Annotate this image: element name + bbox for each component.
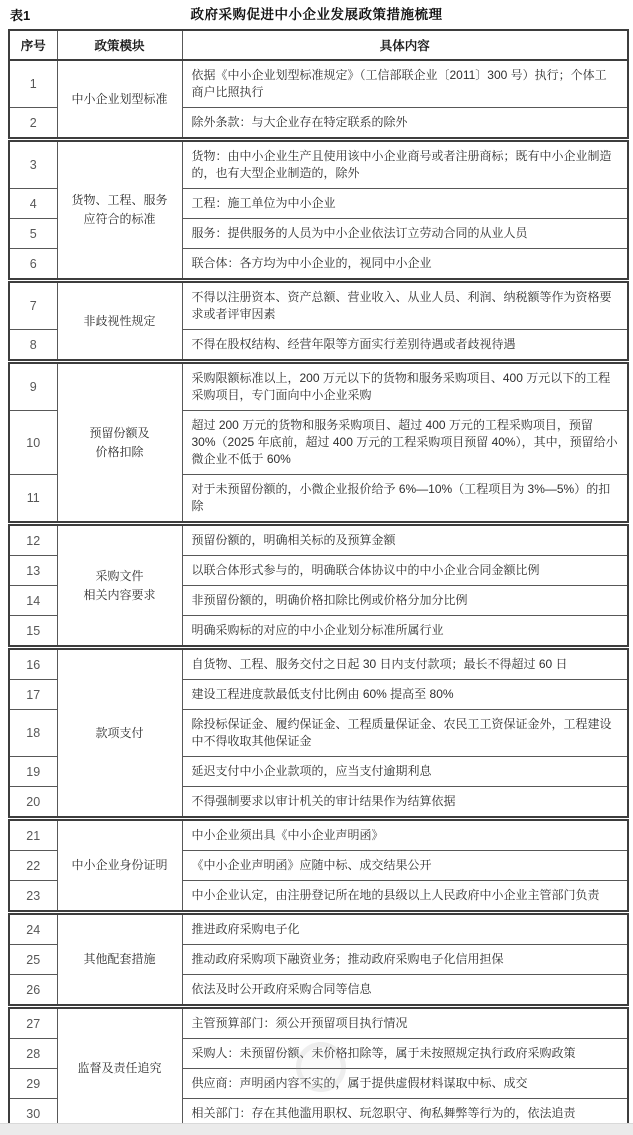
row-number-cell: 12 xyxy=(9,524,57,556)
row-number-cell: 16 xyxy=(9,648,57,680)
content-cell: 不得以注册资本、资产总额、营业收入、从业人员、利润、纳税额等作为资格要求或者评审… xyxy=(182,281,628,330)
policy-table: 序号政策模块具体内容 1中小企业划型标准依据《中小企业划型标准规定》（工信部联企… xyxy=(8,29,629,1130)
row-number-cell: 7 xyxy=(9,281,57,330)
content-cell: 采购人：未预留份额、未价格扣除等，属于未按照规定执行政府采购政策 xyxy=(182,1039,628,1069)
row-number-cell: 23 xyxy=(9,881,57,913)
policy-module-cell: 中小企业划型标准 xyxy=(57,60,182,140)
content-cell: 不得在股权结构、经营年限等方面实行差别待遇或者歧视待遇 xyxy=(182,330,628,362)
table-row: 9预留份额及 价格扣除采购限额标准以上，200 万元以下的货物和服务采购项目、4… xyxy=(9,362,628,411)
table-row: 3货物、工程、服务 应符合的标准货物：由中小企业生产且使用该中小企业商号或者注册… xyxy=(9,140,628,189)
content-cell: 联合体：各方均为中小企业的，视同中小企业 xyxy=(182,249,628,281)
page-footer-bar xyxy=(0,1123,633,1135)
row-number-cell: 19 xyxy=(9,757,57,787)
content-cell: 推动政府采购项下融资业务；推动政府采购电子化信用担保 xyxy=(182,945,628,975)
content-cell: 依法及时公开政府采购合同等信息 xyxy=(182,975,628,1007)
table-row: 27监督及责任追究主管预算部门：须公开预留项目执行情况 xyxy=(9,1007,628,1039)
row-number-cell: 13 xyxy=(9,556,57,586)
table-header: 序号政策模块具体内容 xyxy=(9,30,628,60)
row-number-cell: 25 xyxy=(9,945,57,975)
table-row: 7非歧视性规定不得以注册资本、资产总额、营业收入、从业人员、利润、纳税额等作为资… xyxy=(9,281,628,330)
content-cell: 自货物、工程、服务交付之日起 30 日内支付款项；最长不得超过 60 日 xyxy=(182,648,628,680)
content-cell: 非预留份额的，明确价格扣除比例或价格分加分比例 xyxy=(182,586,628,616)
content-cell: 依据《中小企业划型标准规定》（工信部联企业〔2011〕300 号）执行；个体工商… xyxy=(182,60,628,108)
content-cell: 中小企业认定，由注册登记所在地的县级以上人民政府中小企业主管部门负责 xyxy=(182,881,628,913)
row-number-cell: 26 xyxy=(9,975,57,1007)
row-number-cell: 10 xyxy=(9,411,57,475)
table-number-label: 表1 xyxy=(10,5,30,24)
table-row: 16款项支付自货物、工程、服务交付之日起 30 日内支付款项；最长不得超过 60… xyxy=(9,648,628,680)
content-cell: 建设工程进度款最低支付比例由 60% 提高至 80% xyxy=(182,680,628,710)
row-number-cell: 28 xyxy=(9,1039,57,1069)
column-header-0: 序号 xyxy=(9,30,57,60)
row-number-cell: 18 xyxy=(9,710,57,757)
content-cell: 预留份额的，明确相关标的及预算金额 xyxy=(182,524,628,556)
content-cell: 服务：提供服务的人员为中小企业依法订立劳动合同的从业人员 xyxy=(182,219,628,249)
content-cell: 对于未预留份额的，小微企业报价给予 6%—10%（工程项目为 3%—5%）的扣除 xyxy=(182,475,628,524)
row-number-cell: 1 xyxy=(9,60,57,108)
content-cell: 《中小企业声明函》应随中标、成交结果公开 xyxy=(182,851,628,881)
content-cell: 供应商：声明函内容不实的，属于提供虚假材料谋取中标、成交 xyxy=(182,1069,628,1099)
content-cell: 中小企业须出具《中小企业声明函》 xyxy=(182,819,628,851)
policy-module-cell: 其他配套措施 xyxy=(57,913,182,1007)
row-number-cell: 27 xyxy=(9,1007,57,1039)
column-header-2: 具体内容 xyxy=(182,30,628,60)
row-number-cell: 17 xyxy=(9,680,57,710)
content-cell: 除投标保证金、履约保证金、工程质量保证金、农民工工资保证金外，工程建设中不得收取… xyxy=(182,710,628,757)
policy-module-cell: 款项支付 xyxy=(57,648,182,819)
row-number-cell: 8 xyxy=(9,330,57,362)
policy-module-cell: 货物、工程、服务 应符合的标准 xyxy=(57,140,182,281)
table-row: 21中小企业身份证明中小企业须出具《中小企业声明函》 xyxy=(9,819,628,851)
row-number-cell: 11 xyxy=(9,475,57,524)
row-number-cell: 9 xyxy=(9,362,57,411)
table-row: 24其他配套措施推进政府采购电子化 xyxy=(9,913,628,945)
row-number-cell: 14 xyxy=(9,586,57,616)
row-number-cell: 21 xyxy=(9,819,57,851)
content-cell: 除外条款：与大企业存在特定联系的除外 xyxy=(182,108,628,140)
table-row: 12采购文件 相关内容要求预留份额的，明确相关标的及预算金额 xyxy=(9,524,628,556)
row-number-cell: 4 xyxy=(9,189,57,219)
row-number-cell: 29 xyxy=(9,1069,57,1099)
table-row: 1中小企业划型标准依据《中小企业划型标准规定》（工信部联企业〔2011〕300 … xyxy=(9,60,628,108)
content-cell: 超过 200 万元的货物和服务采购项目、超过 400 万元的工程采购项目，预留 … xyxy=(182,411,628,475)
content-cell: 采购限额标准以上，200 万元以下的货物和服务采购项目、400 万元以下的工程采… xyxy=(182,362,628,411)
title-bar: 表1 政府采购促进中小企业发展政策措施梳理 xyxy=(0,0,633,29)
table-header-row: 序号政策模块具体内容 xyxy=(9,30,628,60)
content-cell: 工程：施工单位为中小企业 xyxy=(182,189,628,219)
content-cell: 主管预算部门：须公开预留项目执行情况 xyxy=(182,1007,628,1039)
column-header-1: 政策模块 xyxy=(57,30,182,60)
row-number-cell: 3 xyxy=(9,140,57,189)
row-number-cell: 20 xyxy=(9,787,57,819)
row-number-cell: 15 xyxy=(9,616,57,648)
content-cell: 明确采购标的对应的中小企业划分标准所属行业 xyxy=(182,616,628,648)
content-cell: 推进政府采购电子化 xyxy=(182,913,628,945)
policy-module-cell: 中小企业身份证明 xyxy=(57,819,182,913)
row-number-cell: 22 xyxy=(9,851,57,881)
row-number-cell: 5 xyxy=(9,219,57,249)
policy-module-cell: 预留份额及 价格扣除 xyxy=(57,362,182,524)
page-title: 政府采购促进中小企业发展政策措施梳理 xyxy=(0,3,633,23)
content-cell: 以联合体形式参与的，明确联合体协议中的中小企业合同金额比例 xyxy=(182,556,628,586)
policy-module-cell: 非歧视性规定 xyxy=(57,281,182,362)
content-cell: 货物：由中小企业生产且使用该中小企业商号或者注册商标；既有中小企业制造的，也有大… xyxy=(182,140,628,189)
policy-module-cell: 采购文件 相关内容要求 xyxy=(57,524,182,648)
content-cell: 不得强制要求以审计机关的审计结果作为结算依据 xyxy=(182,787,628,819)
policy-module-cell: 监督及责任追究 xyxy=(57,1007,182,1130)
row-number-cell: 24 xyxy=(9,913,57,945)
row-number-cell: 2 xyxy=(9,108,57,140)
document-page: 表1 政府采购促进中小企业发展政策措施梳理 序号政策模块具体内容 1中小企业划型… xyxy=(0,0,633,1135)
content-cell: 延迟支付中小企业款项的，应当支付逾期利息 xyxy=(182,757,628,787)
row-number-cell: 6 xyxy=(9,249,57,281)
